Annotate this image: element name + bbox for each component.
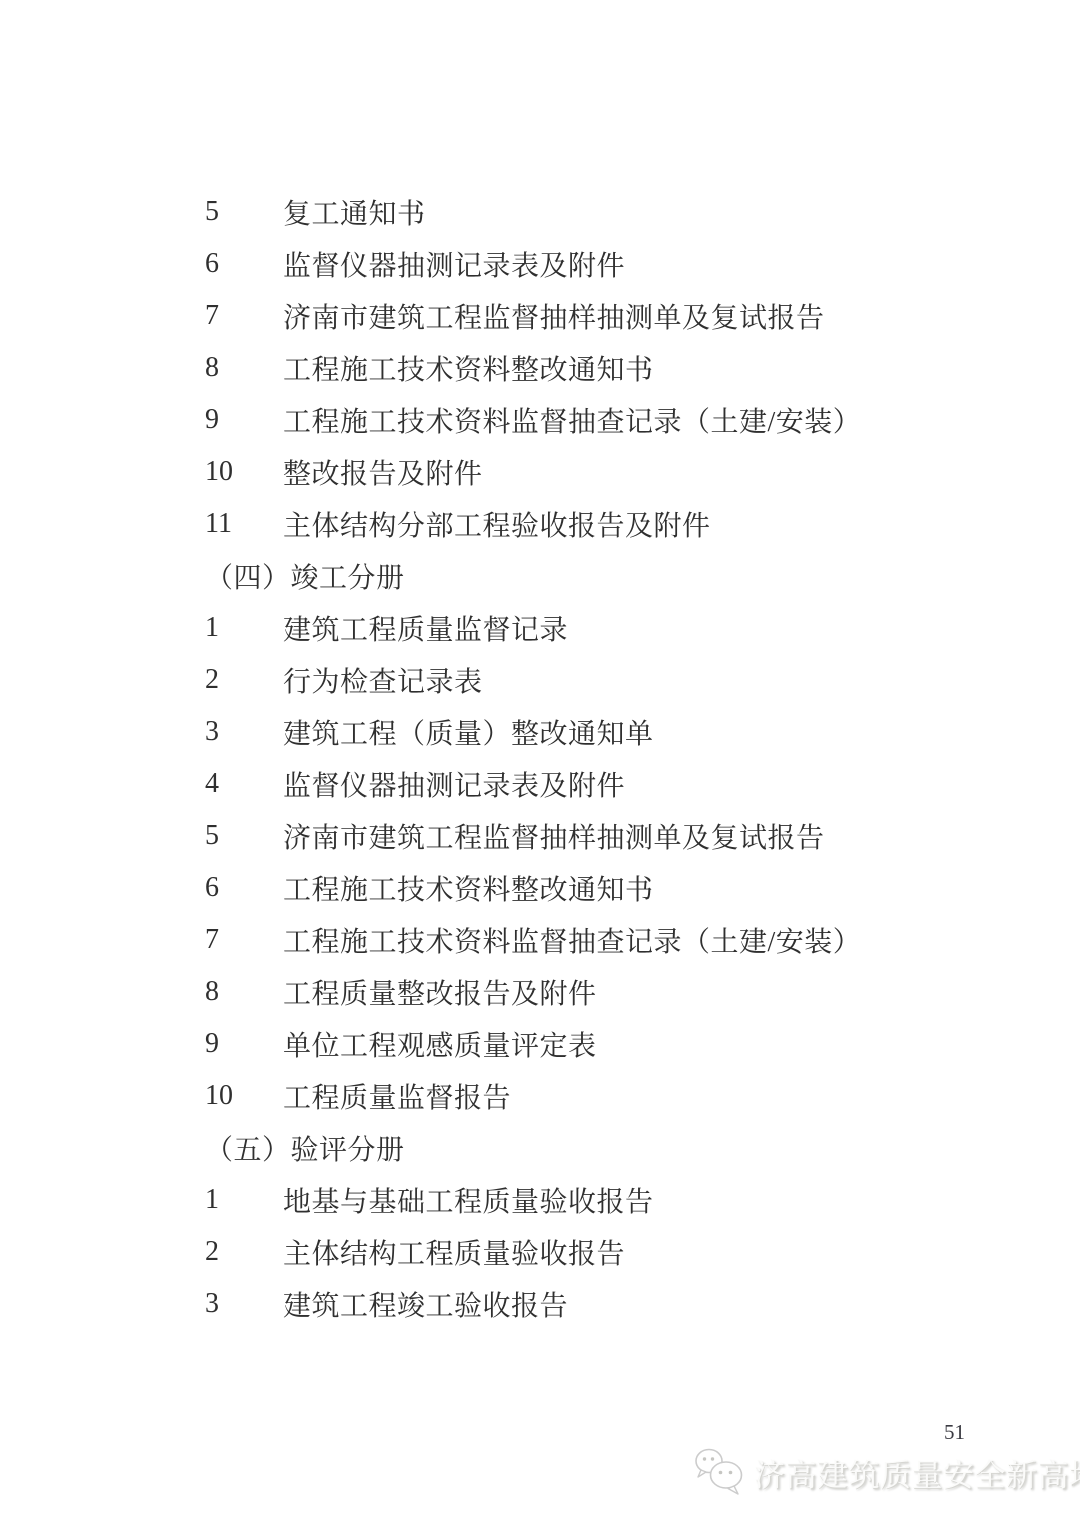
list-item: （五）验评分册: [205, 1122, 905, 1174]
item-number: 5: [205, 820, 283, 852]
item-text: 济南市建筑工程监督抽样抽测单及复试报告: [283, 296, 825, 336]
item-number: 3: [205, 716, 283, 748]
list-item: 9 单位工程观感质量评定表: [205, 1018, 905, 1070]
item-number: 6: [205, 872, 283, 904]
item-number: 8: [205, 976, 283, 1008]
watermark-text: 济高建筑质量安全新高地: [754, 1450, 1080, 1495]
item-text: 建筑工程竣工验收报告: [283, 1284, 568, 1324]
item-number: 1: [205, 1184, 283, 1216]
item-text: 济南市建筑工程监督抽样抽测单及复试报告: [283, 816, 825, 856]
item-text: 工程施工技术资料监督抽查记录（土建/安装）: [283, 920, 861, 960]
item-text: 工程质量监督报告: [283, 1076, 511, 1116]
item-number: 3: [205, 1288, 283, 1320]
item-text: （四）竣工分册: [205, 556, 405, 596]
item-text: 复工通知书: [283, 192, 426, 232]
list-item: 6 工程施工技术资料整改通知书: [205, 862, 905, 914]
item-number: 8: [205, 352, 283, 384]
watermark: 济高建筑质量安全新高地: [694, 1446, 1080, 1498]
list-item: 2 主体结构工程质量验收报告: [205, 1226, 905, 1278]
list-item: 1 建筑工程质量监督记录: [205, 602, 905, 654]
item-number: 2: [205, 664, 283, 696]
list-item: 7 工程施工技术资料监督抽查记录（土建/安装）: [205, 914, 905, 966]
item-number: 7: [205, 924, 283, 956]
item-text: 行为检查记录表: [283, 660, 483, 700]
list-item: 7 济南市建筑工程监督抽样抽测单及复试报告: [205, 290, 905, 342]
list-item: 11 主体结构分部工程验收报告及附件: [205, 498, 905, 550]
item-text: 工程施工技术资料整改通知书: [283, 348, 654, 388]
item-number: 7: [205, 300, 283, 332]
list-item: 3 建筑工程竣工验收报告: [205, 1278, 905, 1330]
list-item: 6 监督仪器抽测记录表及附件: [205, 238, 905, 290]
page-number: 51: [944, 1420, 965, 1445]
list-item: 3 建筑工程（质量）整改通知单: [205, 706, 905, 758]
item-number: 10: [205, 456, 283, 488]
document-list: 5 复工通知书 6 监督仪器抽测记录表及附件 7 济南市建筑工程监督抽样抽测单及…: [205, 186, 905, 1330]
list-item: 5 济南市建筑工程监督抽样抽测单及复试报告: [205, 810, 905, 862]
list-item: 1 地基与基础工程质量验收报告: [205, 1174, 905, 1226]
item-text: 地基与基础工程质量验收报告: [283, 1180, 654, 1220]
item-number: 5: [205, 196, 283, 228]
wechat-icon: [694, 1446, 744, 1498]
list-item: 9 工程施工技术资料监督抽查记录（土建/安装）: [205, 394, 905, 446]
item-number: 4: [205, 768, 283, 800]
item-text: 工程质量整改报告及附件: [283, 972, 597, 1012]
list-item: 10 工程质量监督报告: [205, 1070, 905, 1122]
list-item: 8 工程质量整改报告及附件: [205, 966, 905, 1018]
item-text: 建筑工程质量监督记录: [283, 608, 568, 648]
item-number: 9: [205, 1028, 283, 1060]
item-text: 监督仪器抽测记录表及附件: [283, 244, 625, 284]
item-text: 主体结构分部工程验收报告及附件: [283, 504, 711, 544]
item-text: 主体结构工程质量验收报告: [283, 1232, 625, 1272]
item-text: 工程施工技术资料监督抽查记录（土建/安装）: [283, 400, 861, 440]
item-number: 10: [205, 1080, 283, 1112]
item-number: 6: [205, 248, 283, 280]
item-text: 单位工程观感质量评定表: [283, 1024, 597, 1064]
item-text: 工程施工技术资料整改通知书: [283, 868, 654, 908]
item-number: 2: [205, 1236, 283, 1268]
item-number: 11: [205, 508, 283, 540]
item-text: 建筑工程（质量）整改通知单: [283, 712, 654, 752]
list-item: 10 整改报告及附件: [205, 446, 905, 498]
list-item: 4 监督仪器抽测记录表及附件: [205, 758, 905, 810]
item-number: 9: [205, 404, 283, 436]
list-item: 5 复工通知书: [205, 186, 905, 238]
document-page: 5 复工通知书 6 监督仪器抽测记录表及附件 7 济南市建筑工程监督抽样抽测单及…: [0, 0, 1080, 1527]
list-item: 8 工程施工技术资料整改通知书: [205, 342, 905, 394]
item-text: 监督仪器抽测记录表及附件: [283, 764, 625, 804]
list-item: （四）竣工分册: [205, 550, 905, 602]
item-text: 整改报告及附件: [283, 452, 483, 492]
item-number: 1: [205, 612, 283, 644]
list-item: 2 行为检查记录表: [205, 654, 905, 706]
item-text: （五）验评分册: [205, 1128, 405, 1168]
